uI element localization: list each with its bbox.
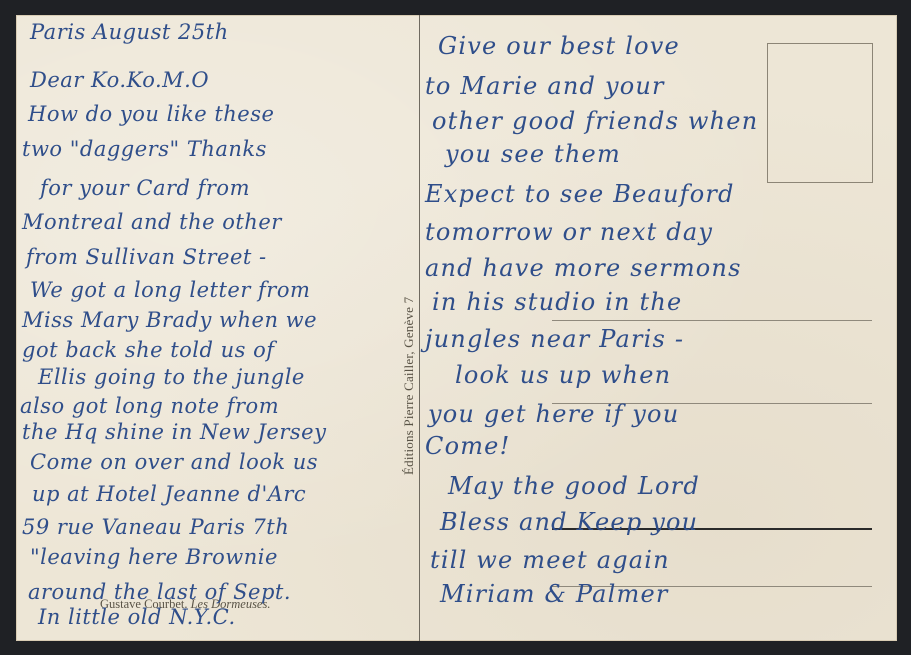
message-line: you see them — [445, 142, 621, 166]
message-line: Montreal and the other — [22, 212, 282, 233]
message-line: Miss Mary Brady when we — [22, 310, 317, 331]
message-line: the Hq shine in New Jersey — [22, 422, 326, 443]
message-line: May the good Lord — [448, 474, 700, 498]
message-line: Expect to see Beauford — [425, 182, 735, 206]
message-line: up at Hotel Jeanne d'Arc — [32, 484, 306, 505]
message-line: Dear Ko.Ko.M.O — [30, 70, 209, 91]
stamp-box — [767, 43, 873, 183]
message-line: around the last of Sept. — [28, 582, 291, 603]
message-line: jungles near Paris - — [425, 327, 684, 351]
message-line: got back she told us of — [22, 340, 275, 361]
message-line: Give our best love — [438, 34, 680, 58]
message-line: Miriam & Palmer — [440, 582, 669, 606]
message-line: for your Card from — [40, 178, 250, 199]
message-line: How do you like these — [28, 104, 274, 125]
address-line-1 — [552, 320, 872, 321]
message-line: also got long note from — [20, 396, 279, 417]
message-line: to Marie and your — [425, 74, 665, 98]
message-line: In little old N.Y.C. — [38, 607, 236, 628]
message-line: tomorrow or next day — [425, 220, 713, 244]
message-line: Bless and Keep you — [440, 510, 698, 534]
message-line: Ellis going to the jungle — [38, 367, 305, 388]
message-line: Paris August 25th — [30, 22, 229, 43]
message-line: We got a long letter from — [30, 280, 310, 301]
message-line: Come on over and look us — [30, 452, 318, 473]
message-line: you get here if you — [428, 402, 679, 426]
message-line: 59 rue Vaneau Paris 7th — [22, 517, 289, 538]
message-line: from Sullivan Street - — [26, 247, 267, 268]
center-divider — [419, 15, 420, 641]
message-line: look us up when — [455, 363, 671, 387]
publisher-imprint: Éditions Pierre Cailler, Genève 7 — [399, 175, 419, 475]
message-line: till we meet again — [430, 548, 670, 572]
message-line: two "daggers" Thanks — [22, 139, 267, 160]
message-line: other good friends when — [432, 109, 758, 133]
message-line: Come! — [425, 434, 510, 458]
message-line: in his studio in the — [432, 290, 682, 314]
message-line: and have more sermons — [425, 256, 742, 280]
message-line: "leaving here Brownie — [30, 547, 278, 568]
